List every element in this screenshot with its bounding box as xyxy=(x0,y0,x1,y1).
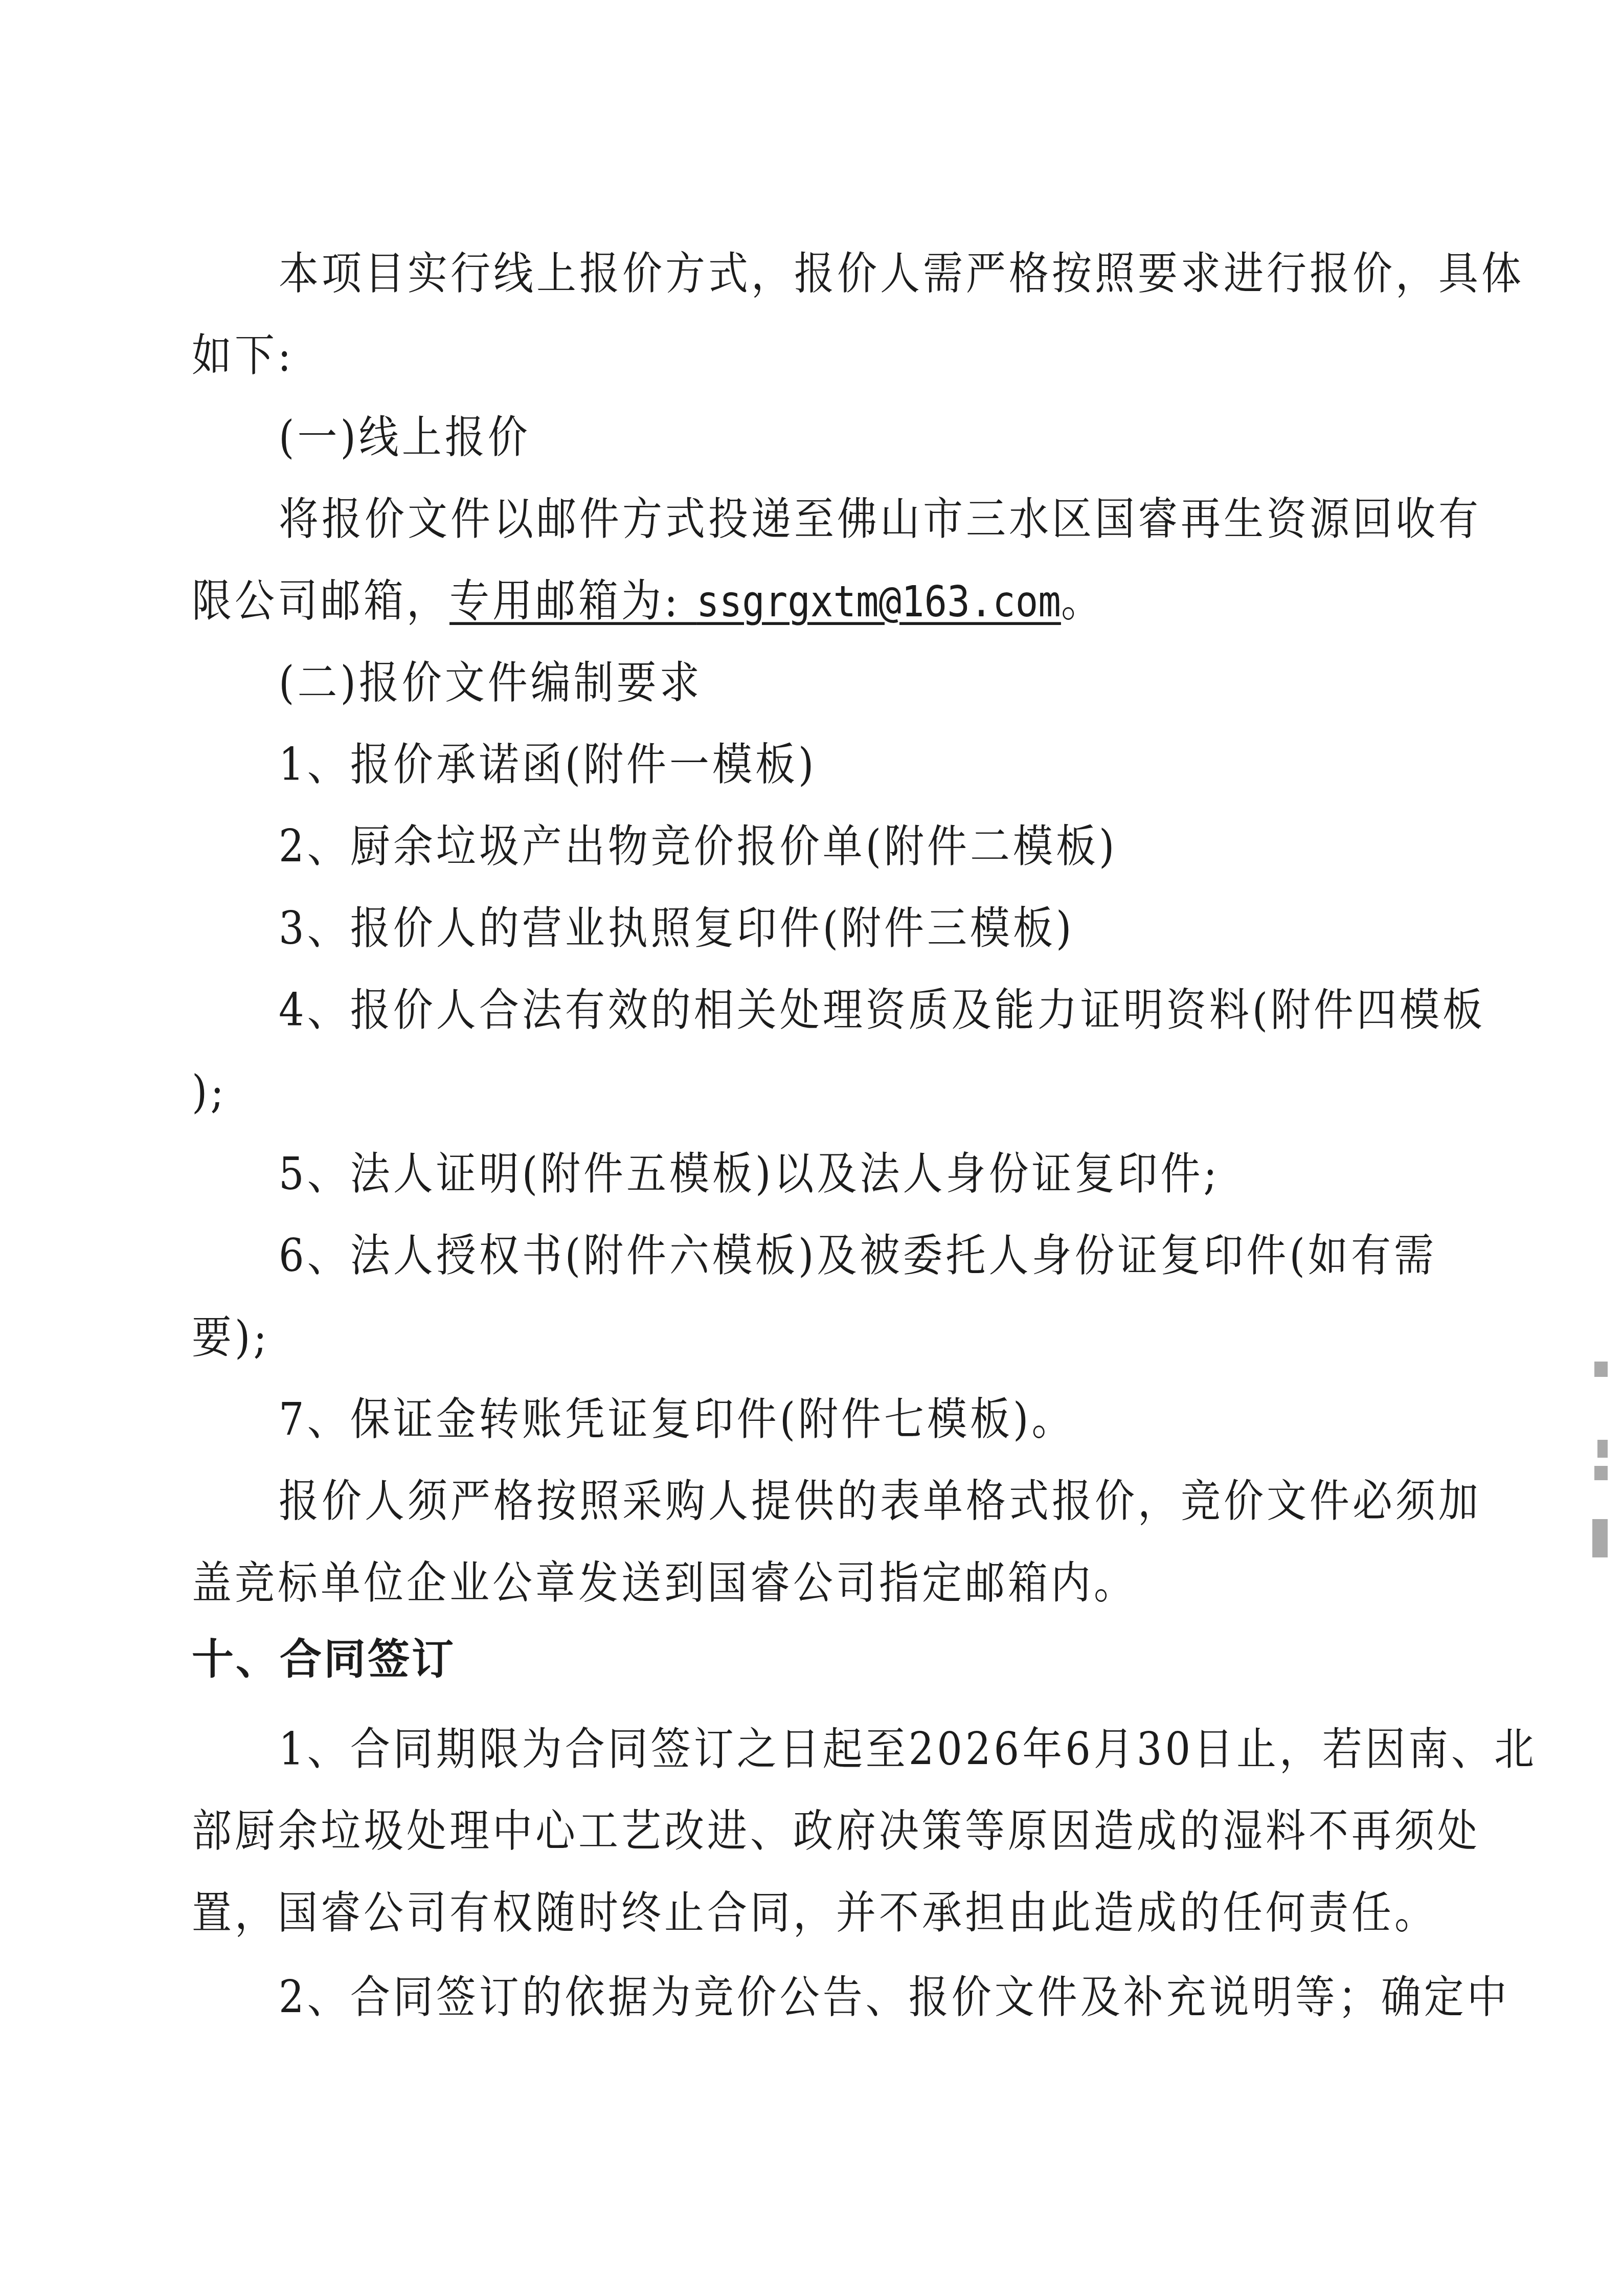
document-page: 本项目实行线上报价方式，报价人需严格按照要求进行报价，具体 如下: (一)线上报… xyxy=(0,0,1623,2296)
requirement-item-1: 1、报价承诺函(附件一模板) xyxy=(279,737,1552,794)
section-online-para-line-2: 限公司邮箱，专用邮箱为: ssgrgxtm@163.com。 xyxy=(192,573,1465,631)
intro-line-2: 如下: xyxy=(192,327,1465,385)
requirement-item-2: 2、厨余垃圾产出物竞价报价单(附件二模板) xyxy=(279,818,1552,876)
contract-clause-1-line-1: 1、合同期限为合同签订之日起至2026年6月30日止，若因南、北 xyxy=(279,1721,1552,1778)
requirement-item-7: 7、保证金转账凭证复印件(附件七模板)。 xyxy=(279,1391,1552,1448)
section-online-para-line-1: 将报价文件以邮件方式投递至佛山市三水区国睿再生资源回收有 xyxy=(279,491,1552,548)
requirement-item-4: 4、报价人合法有效的相关处理资质及能力证明资料(附件四模板 xyxy=(279,982,1552,1039)
contract-clause-1-line-2: 部厨余垃圾处理中心工艺改进、政府决策等原因造成的湿料不再须处 xyxy=(192,1803,1465,1860)
contract-clause-2-line-1: 2、合同签订的依据为竞价公告、报价文件及补充说明等；确定中 xyxy=(279,1969,1552,2026)
seal-bleed-mark xyxy=(1592,1519,1608,1557)
para-prefix: 限公司邮箱， xyxy=(192,576,449,628)
contract-clause-1-line-3: 置，国睿公司有权随时终止合同，并不承担由此造成的任何责任。 xyxy=(192,1885,1465,1942)
requirements-note-line-1: 报价人须严格按照采购人提供的表单格式报价，竞价文件必须加 xyxy=(279,1473,1552,1530)
email-address: ssgrgxtm@163.com xyxy=(696,577,1061,627)
section-online-title: (一)线上报价 xyxy=(279,409,1552,466)
section-contract-heading: 十、合同签订 xyxy=(192,1634,1465,1685)
requirement-item-6: 6、法人授权书(附件六模板)及被委托人身份证复印件(如有需 xyxy=(279,1228,1552,1285)
seal-bleed-mark xyxy=(1597,1440,1608,1458)
section-requirements-title: (二)报价文件编制要求 xyxy=(279,655,1552,712)
requirement-item-5: 5、法人证明(附件五模板)以及法人身份证复印件; xyxy=(279,1146,1552,1203)
requirement-item-3: 3、报价人的营业执照复印件(附件三模板) xyxy=(279,900,1552,957)
para-suffix: 。 xyxy=(1061,576,1104,628)
intro-line-1: 本项目实行线上报价方式，报价人需严格按照要求进行报价，具体 xyxy=(279,246,1552,303)
requirement-item-6-cont: 要); xyxy=(192,1309,1465,1367)
seal-bleed-mark xyxy=(1594,1362,1608,1377)
requirement-item-4-cont: ); xyxy=(192,1064,1465,1121)
email-link[interactable]: 专用邮箱为: ssgrgxtm@163.com xyxy=(449,576,1061,628)
seal-bleed-mark xyxy=(1594,1466,1608,1480)
email-label: 专用邮箱为: xyxy=(449,576,696,628)
requirements-note-line-2: 盖竞标单位企业公章发送到国睿公司指定邮箱内。 xyxy=(192,1555,1465,1612)
